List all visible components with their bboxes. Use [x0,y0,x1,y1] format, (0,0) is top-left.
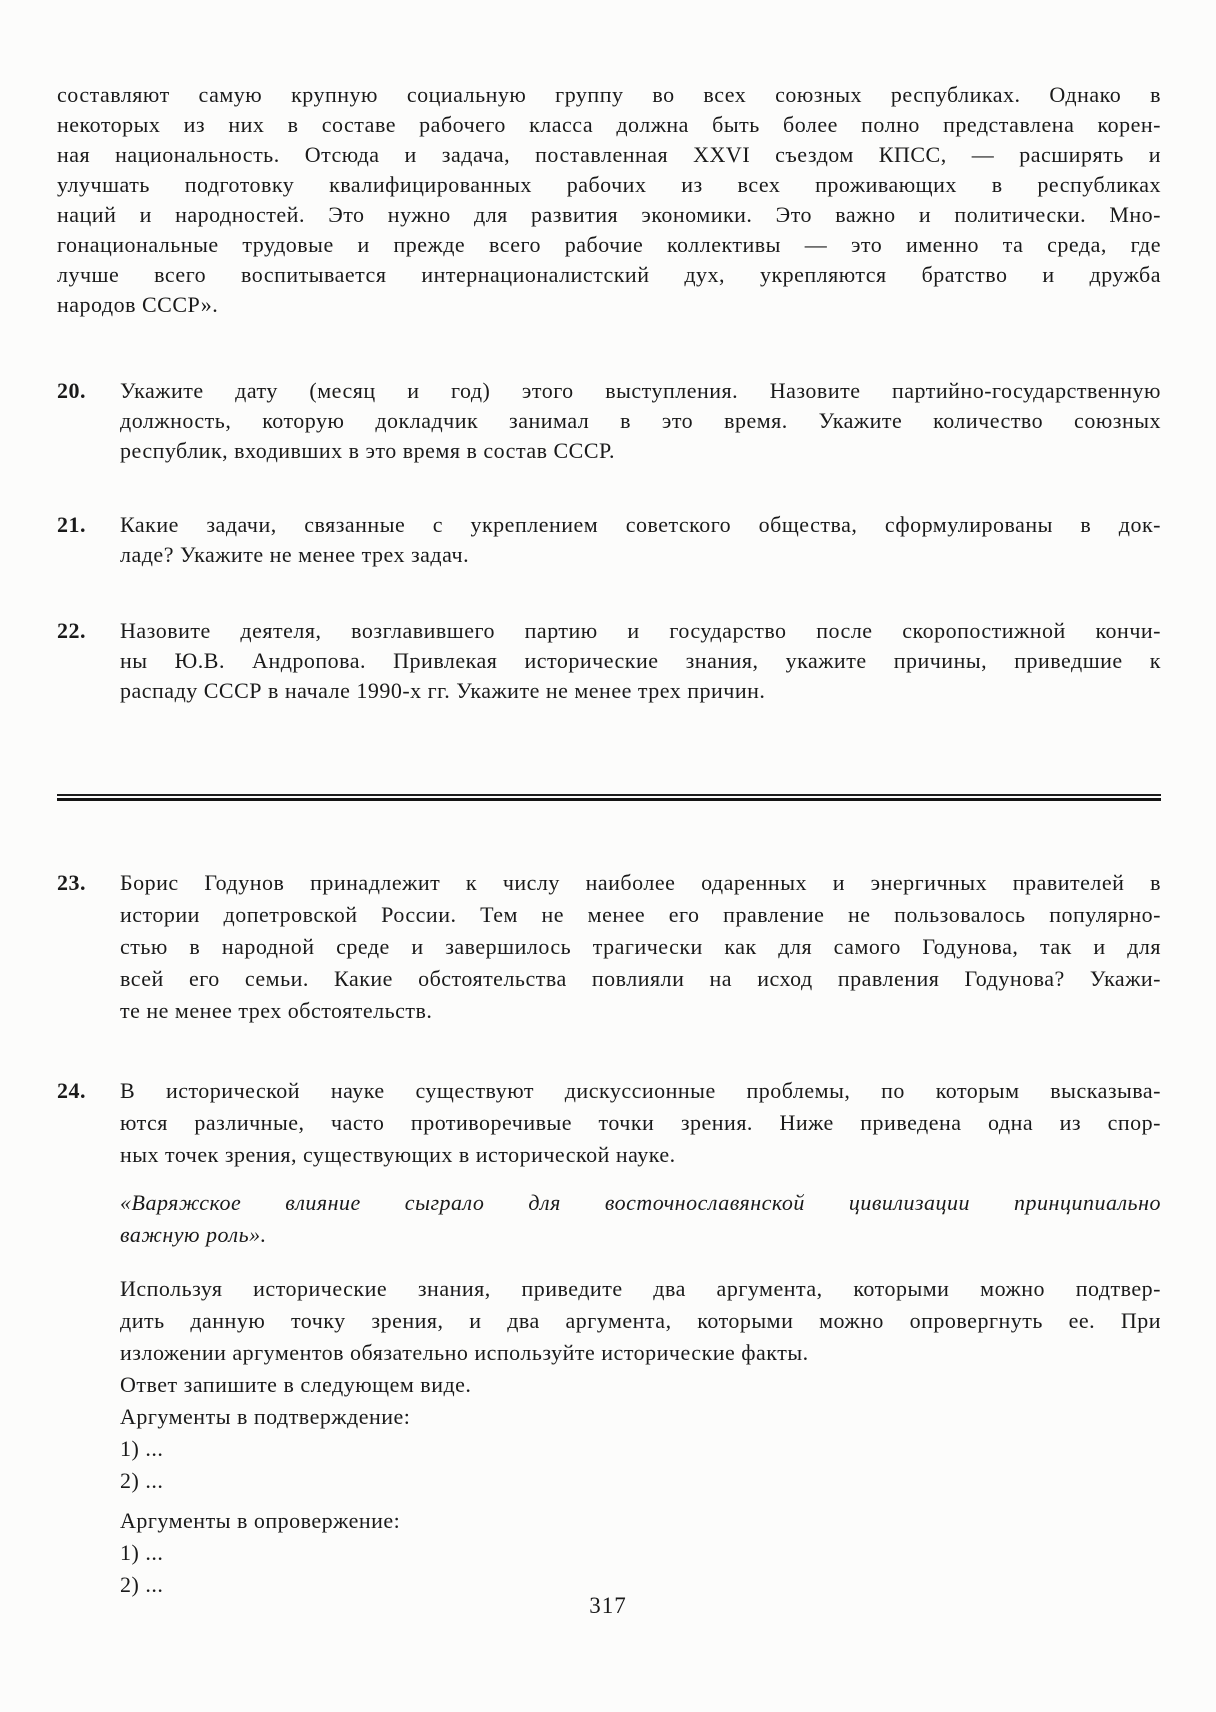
quote-line: «Варяжское влияние сыграло для восточнос… [120,1187,1161,1219]
question-line: ются различные, часто противоречивые точ… [120,1107,1161,1139]
con-argument-item: 1) ... [120,1537,1161,1569]
question-line: должность, которую докладчик занимал в э… [120,406,1161,436]
question-22-text: Назовите деятеля, возглавившего партию и… [120,616,1161,706]
pro-arguments-label: Аргументы в подтверждение: [120,1401,1161,1433]
question-20-number: 20. [57,376,120,406]
question-line: Борис Годунов принадлежит к числу наибол… [120,867,1161,899]
question-24-body: В исторической науке существуют дискусси… [120,1075,1161,1601]
question-line: те не менее трех обстоятельств. [120,995,1161,1027]
intro-line: народов СССР». [57,290,1161,320]
question-line: республик, входивших в это время в соста… [120,436,1161,466]
question-22: 22. Назовите деятеля, возглавившего парт… [57,616,1161,706]
question-21: 21. Какие задачи, связанные с укрепление… [57,510,1161,570]
question-line: изложении аргументов обязательно использ… [120,1337,1161,1369]
question-line: Какие задачи, связанные с укреплением со… [120,510,1161,540]
page-number: 317 [0,1593,1216,1619]
question-line: распаду СССР в начале 1990-х гг. Укажите… [120,676,1161,706]
question-24-intro: В исторической науке существуют дискусси… [120,1075,1161,1171]
quote-line: важную роль». [120,1219,1161,1251]
con-arguments-label: Аргументы в опровержение: [120,1505,1161,1537]
question-line: истории допетровской России. Тем не мене… [120,899,1161,931]
pro-argument-item: 2) ... [120,1465,1161,1497]
scanned-book-page: составляют самую крупную социальную груп… [0,0,1216,1712]
question-line: Используя исторические знания, приведите… [120,1273,1161,1305]
intro-line: наций и народностей. Это нужно для разви… [57,200,1161,230]
disputed-viewpoint-quote: «Варяжское влияние сыграло для восточнос… [120,1187,1161,1251]
question-line: Назовите деятеля, возглавившего партию и… [120,616,1161,646]
answer-format-note: Ответ запишите в следующем виде. [120,1369,1161,1401]
question-line: Укажите дату (месяц и год) этого выступл… [120,376,1161,406]
question-line: всей его семьи. Какие обстоятельства пов… [120,963,1161,995]
question-23: 23. Борис Годунов принадлежит к числу на… [57,867,1161,1027]
section-divider [57,794,1161,801]
intro-line: составляют самую крупную социальную груп… [57,80,1161,110]
question-24-instruction: Используя исторические знания, приведите… [120,1273,1161,1369]
question-23-number: 23. [57,867,120,899]
question-line: ны Ю.В. Андропова. Привлекая исторически… [120,646,1161,676]
pro-argument-item: 1) ... [120,1433,1161,1465]
question-24-number: 24. [57,1075,120,1107]
page-content: составляют самую крупную социальную груп… [57,0,1161,1601]
intro-paragraph: составляют самую крупную социальную груп… [57,80,1161,320]
intro-line: ная национальность. Отсюда и задача, пос… [57,140,1161,170]
question-24: 24. В исторической науке существуют диск… [57,1075,1161,1601]
question-line: дить данную точку зрения, и два аргумент… [120,1305,1161,1337]
question-23-text: Борис Годунов принадлежит к числу наибол… [120,867,1161,1027]
question-20: 20. Укажите дату (месяц и год) этого выс… [57,376,1161,466]
question-21-number: 21. [57,510,120,540]
intro-line: улучшать подготовку квалифицированных ра… [57,170,1161,200]
question-21-text: Какие задачи, связанные с укреплением со… [120,510,1161,570]
question-line: В исторической науке существуют дискусси… [120,1075,1161,1107]
intro-line: гонациональные трудовые и прежде всего р… [57,230,1161,260]
question-22-number: 22. [57,616,120,646]
intro-line: лучше всего воспитывается интернационали… [57,260,1161,290]
question-line: ных точек зрения, существующих в историч… [120,1139,1161,1171]
question-20-text: Укажите дату (месяц и год) этого выступл… [120,376,1161,466]
question-line: ладе? Укажите не менее трех задач. [120,540,1161,570]
intro-line: некоторых из них в составе рабочего клас… [57,110,1161,140]
question-line: стью в народной среде и завершилось траг… [120,931,1161,963]
